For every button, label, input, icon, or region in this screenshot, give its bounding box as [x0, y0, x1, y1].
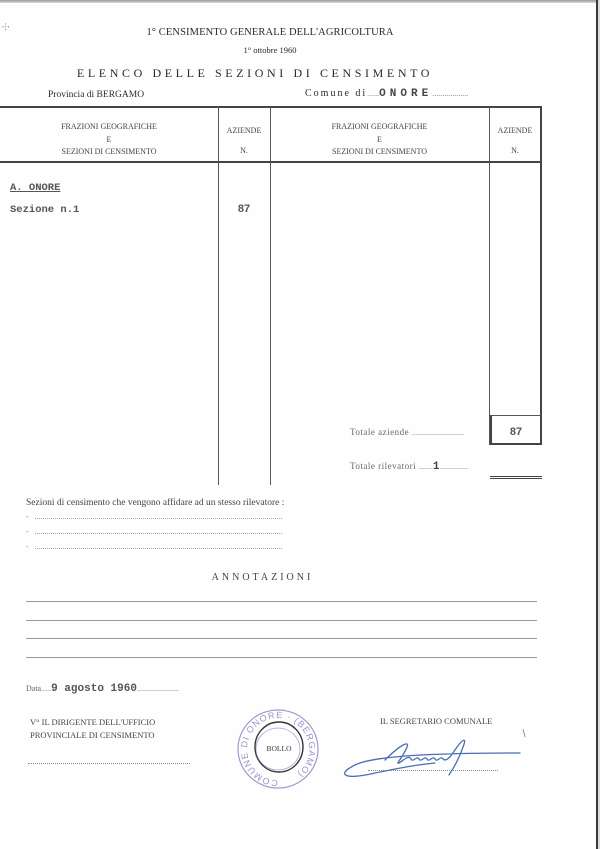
- annotazioni-line-1: [26, 601, 537, 602]
- totale-aziende-value: 87: [490, 426, 542, 438]
- totale-aziende-label: Totale aziende .........................…: [350, 427, 464, 437]
- table-top-border: [0, 106, 542, 108]
- table-row-frazione: A. ONORE: [10, 182, 60, 194]
- totale-rilevatori-label: Totale rilevatori .......1..............: [350, 461, 468, 473]
- table-divider-2: [270, 107, 271, 485]
- data-label: Data: [26, 684, 41, 693]
- annotazioni-line-3: [26, 638, 537, 639]
- comune-field: Comune di......ONORE..................: [305, 88, 468, 100]
- totale-rilevatori-underline: [490, 476, 542, 479]
- sezioni-entry-line-1: - ......................................…: [26, 512, 326, 521]
- comune-dots: ......: [367, 89, 379, 98]
- sezioni-entry-line-3: - ......................................…: [26, 542, 326, 551]
- totale-rilevatori-value: 1: [433, 461, 440, 473]
- annotazioni-title: ANNOTAZIONI: [0, 572, 525, 583]
- data-field: Data.....9 agosto 1960..................…: [26, 683, 179, 695]
- dirigente-label: V° IL DIRIGENTE DELL'UFFICIO PROVINCIALE…: [30, 716, 155, 742]
- table-header-aziende-right: AZIENDE N.: [489, 121, 541, 161]
- provincia-label: Provincia di BERGAMO: [48, 90, 144, 100]
- sezioni-entry-line-2: - ......................................…: [26, 527, 326, 536]
- census-date: 1° ottobre 1960: [0, 45, 540, 55]
- stamp-center-text: BOLLO: [267, 744, 293, 753]
- comune-dots-trailing: ..................: [432, 89, 468, 98]
- table-row-sezione: Sezione n.1: [10, 204, 79, 216]
- table-header-aziende-left: AZIENDE N.: [218, 121, 270, 161]
- sezioni-stesso-rilevatore-title: Sezioni di censimento che vengono affida…: [26, 498, 284, 508]
- data-value: 9 agosto 1960: [51, 683, 137, 695]
- table-header-frazioni-left: FRAZIONI GEOGRAFICHE E SEZIONI DI CENSIM…: [0, 121, 218, 159]
- comune-value: ONORE: [379, 88, 432, 100]
- scan-right-edge: [596, 0, 598, 849]
- dirigente-signature-line: [28, 763, 190, 764]
- annotazioni-line-2: [26, 620, 537, 621]
- census-title: 1° CENSIMENTO GENERALE DELL'AGRICOLTURA: [0, 27, 540, 38]
- scan-top-edge: [0, 0, 600, 3]
- table-row-aziende: 87: [218, 203, 270, 215]
- table-header-frazioni-right: FRAZIONI GEOGRAFICHE E SEZIONI DI CENSIM…: [270, 121, 489, 159]
- segretario-signature: [335, 725, 530, 785]
- bollo-stamp: COMUNE DI ONORE · (BERGAMO) BOLLO: [236, 708, 320, 790]
- comune-label: Comune di: [305, 88, 367, 99]
- census-document-page: ⸭ 1° CENSIMENTO GENERALE DELL'AGRICOLTUR…: [0, 0, 600, 849]
- table-header-bottom-border: [0, 161, 542, 163]
- table-divider-1: [218, 107, 219, 485]
- document-title: ELENCO DELLE SEZIONI DI CENSIMENTO: [0, 66, 510, 81]
- annotazioni-line-4: [26, 657, 537, 658]
